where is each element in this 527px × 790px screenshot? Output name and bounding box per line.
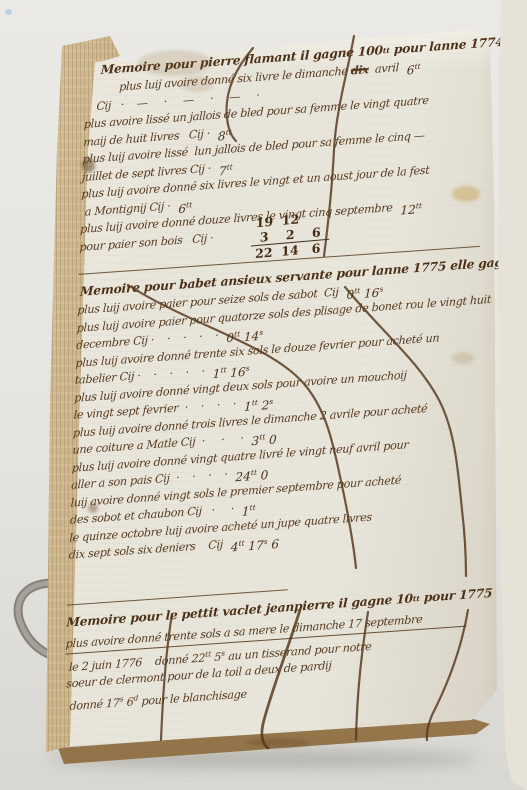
struck-word: dix	[351, 62, 369, 77]
arithmetic-block: 191232622146	[251, 208, 330, 244]
page-content: Memoire pour pierre flamant il gagne 100…	[63, 34, 487, 713]
ink-stain	[452, 186, 480, 202]
arith-cell: 14	[277, 241, 303, 258]
memoir-section: Memoire pour babet ansieux servante pour…	[67, 255, 479, 605]
ink-stain	[180, 76, 214, 92]
ink-stain	[452, 352, 474, 364]
arith-cell: 22	[251, 244, 277, 261]
ink-stain	[246, 738, 310, 747]
arith-cell: 2	[277, 225, 303, 242]
arith-cell	[304, 208, 330, 225]
arith-cell: 3	[251, 228, 277, 245]
arith-cell: 12	[278, 211, 304, 228]
memoir-section: Memoire pour pierre flamant il gagne 100…	[79, 34, 488, 275]
ink-stain	[82, 158, 95, 173]
photograph-backdrop: Memoire pour pierre flamant il gagne 100…	[0, 0, 527, 790]
arith-cell: 19	[252, 213, 278, 230]
arith-cell: 6	[303, 239, 329, 256]
arith-cell: 6	[304, 223, 330, 240]
ink-stain	[88, 503, 98, 513]
ink-stain	[138, 50, 212, 76]
manuscript-sections: Memoire pour pierre flamant il gagne 100…	[63, 34, 487, 713]
